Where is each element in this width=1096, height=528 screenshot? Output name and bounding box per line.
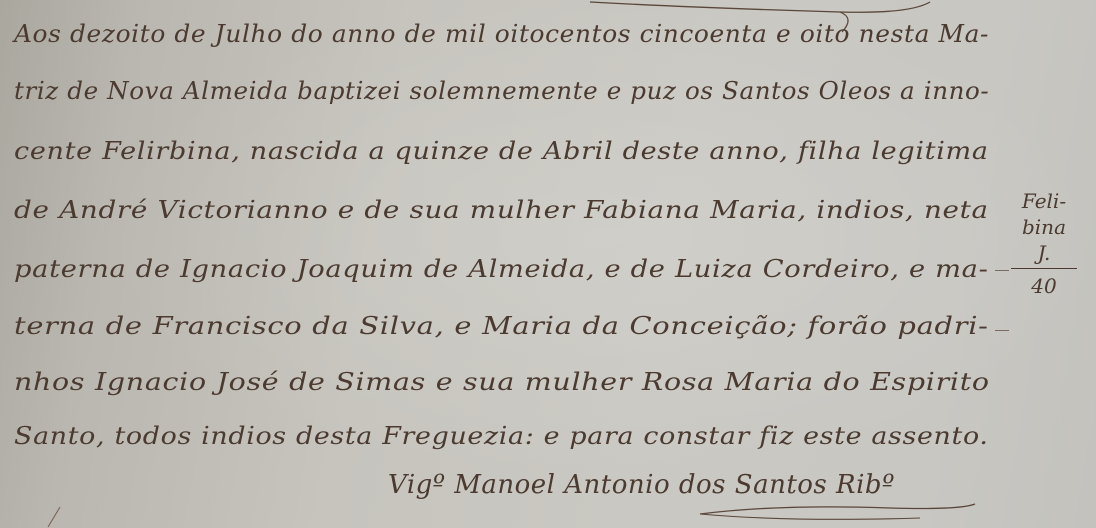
signature-flourish (690, 500, 990, 528)
stray-pen-stroke (40, 505, 70, 528)
margin-divider (1011, 268, 1077, 269)
record-line-8: Santo, todos indios desta Freguezia: e p… (14, 422, 989, 450)
margin-mark: J. (1005, 240, 1083, 266)
record-line-3: cente Felirbina, nascida a quinze de Abr… (14, 137, 989, 165)
margin-number: 40 (1005, 273, 1083, 299)
margin-name-line-2: bina (1005, 214, 1083, 240)
record-line-2: triz de Nova Almeida baptizei solemnemen… (14, 77, 989, 105)
record-line-1: Aos dezoito de Julho do anno de mil oito… (14, 20, 989, 48)
priest-signature: Vigº Manoel Antonio dos Santos Ribº (388, 470, 895, 500)
margin-note: Feli- bina J. 40 (1005, 188, 1083, 299)
hyphen-mark (995, 330, 1009, 331)
record-line-5: paterna de Ignacio Joaquim de Almeida, e… (14, 255, 988, 283)
record-line-7: nhos Ignacio José de Simas e sua mulher … (14, 368, 990, 396)
record-line-4: de André Victorianno e de sua mulher Fab… (14, 196, 989, 224)
record-line-6: terna de Francisco da Silva, e Maria da … (14, 312, 989, 340)
margin-name-line-1: Feli- (1005, 188, 1083, 214)
